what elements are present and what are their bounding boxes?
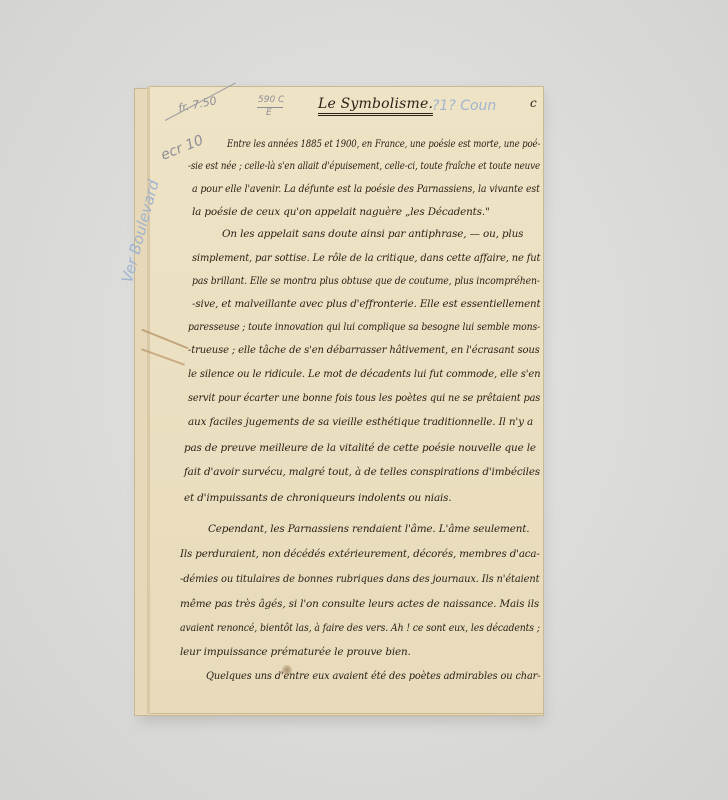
- manuscript-line: pas de preuve meilleure de la vitalité d…: [184, 442, 536, 454]
- manuscript-line: même pas très âgés, si l'on consulte leu…: [180, 598, 539, 610]
- manuscript-line: fait d'avoir survécu, malgré tout, à de …: [184, 466, 540, 478]
- manuscript-line: pas brillant. Elle se montra plus obtuse…: [192, 275, 540, 287]
- blue-pencil-top-annotation: ?1? Coun: [432, 98, 496, 114]
- manuscript-line: et d'impuissants de chroniqueurs indolen…: [184, 492, 452, 504]
- manuscript-line: -sie est née ; celle-là s'en allait d'ép…: [188, 160, 540, 172]
- manuscript-line: On les appelait sans doute ainsi par ant…: [222, 228, 523, 240]
- manuscript-line: Cependant, les Parnassiens rendaient l'â…: [208, 523, 529, 535]
- manuscript-line: leur impuissance prématurée le prouve bi…: [180, 646, 411, 658]
- page-number-mark: c: [530, 96, 537, 110]
- manuscript-line: servit pour écarter une bonne fois tous …: [188, 392, 540, 404]
- manuscript-line: Quelques uns d'entre eux avaient été des…: [206, 670, 540, 682]
- manuscript-title: Le Symbolisme.: [318, 96, 433, 116]
- manuscript-line: Ils perduraient, non décédés extérieurem…: [180, 548, 540, 560]
- manuscript-line: aux faciles jugements de sa vieille esth…: [188, 416, 533, 428]
- manuscript-line: Entre les années 1885 et 1900, en France…: [227, 138, 540, 150]
- manuscript-line: paresseuse ; toute innovation qui lui co…: [188, 321, 540, 333]
- manuscript-line: avaient renoncé, bientôt las, à faire de…: [180, 622, 540, 634]
- manuscript-line: le silence ou le ridicule. Le mot de déc…: [188, 368, 540, 380]
- ink-stain: [282, 665, 292, 675]
- catalog-ref-bottom: E: [266, 108, 272, 118]
- catalog-ref-top: 590 C: [258, 95, 284, 105]
- manuscript-line: -sive, et malveillante avec plus d'effro…: [192, 298, 541, 310]
- manuscript-line: a pour elle l'avenir. La défunte est la …: [192, 183, 540, 195]
- manuscript-line: -démies ou titulaires de bonnes rubrique…: [180, 573, 539, 585]
- manuscript-line: simplement, par sottise. Le rôle de la c…: [192, 252, 540, 264]
- manuscript-line: la poésie de ceux qu'on appelait naguère…: [192, 206, 490, 218]
- manuscript-line: -trueuse ; elle tâche de s'en débarrasse…: [188, 344, 540, 356]
